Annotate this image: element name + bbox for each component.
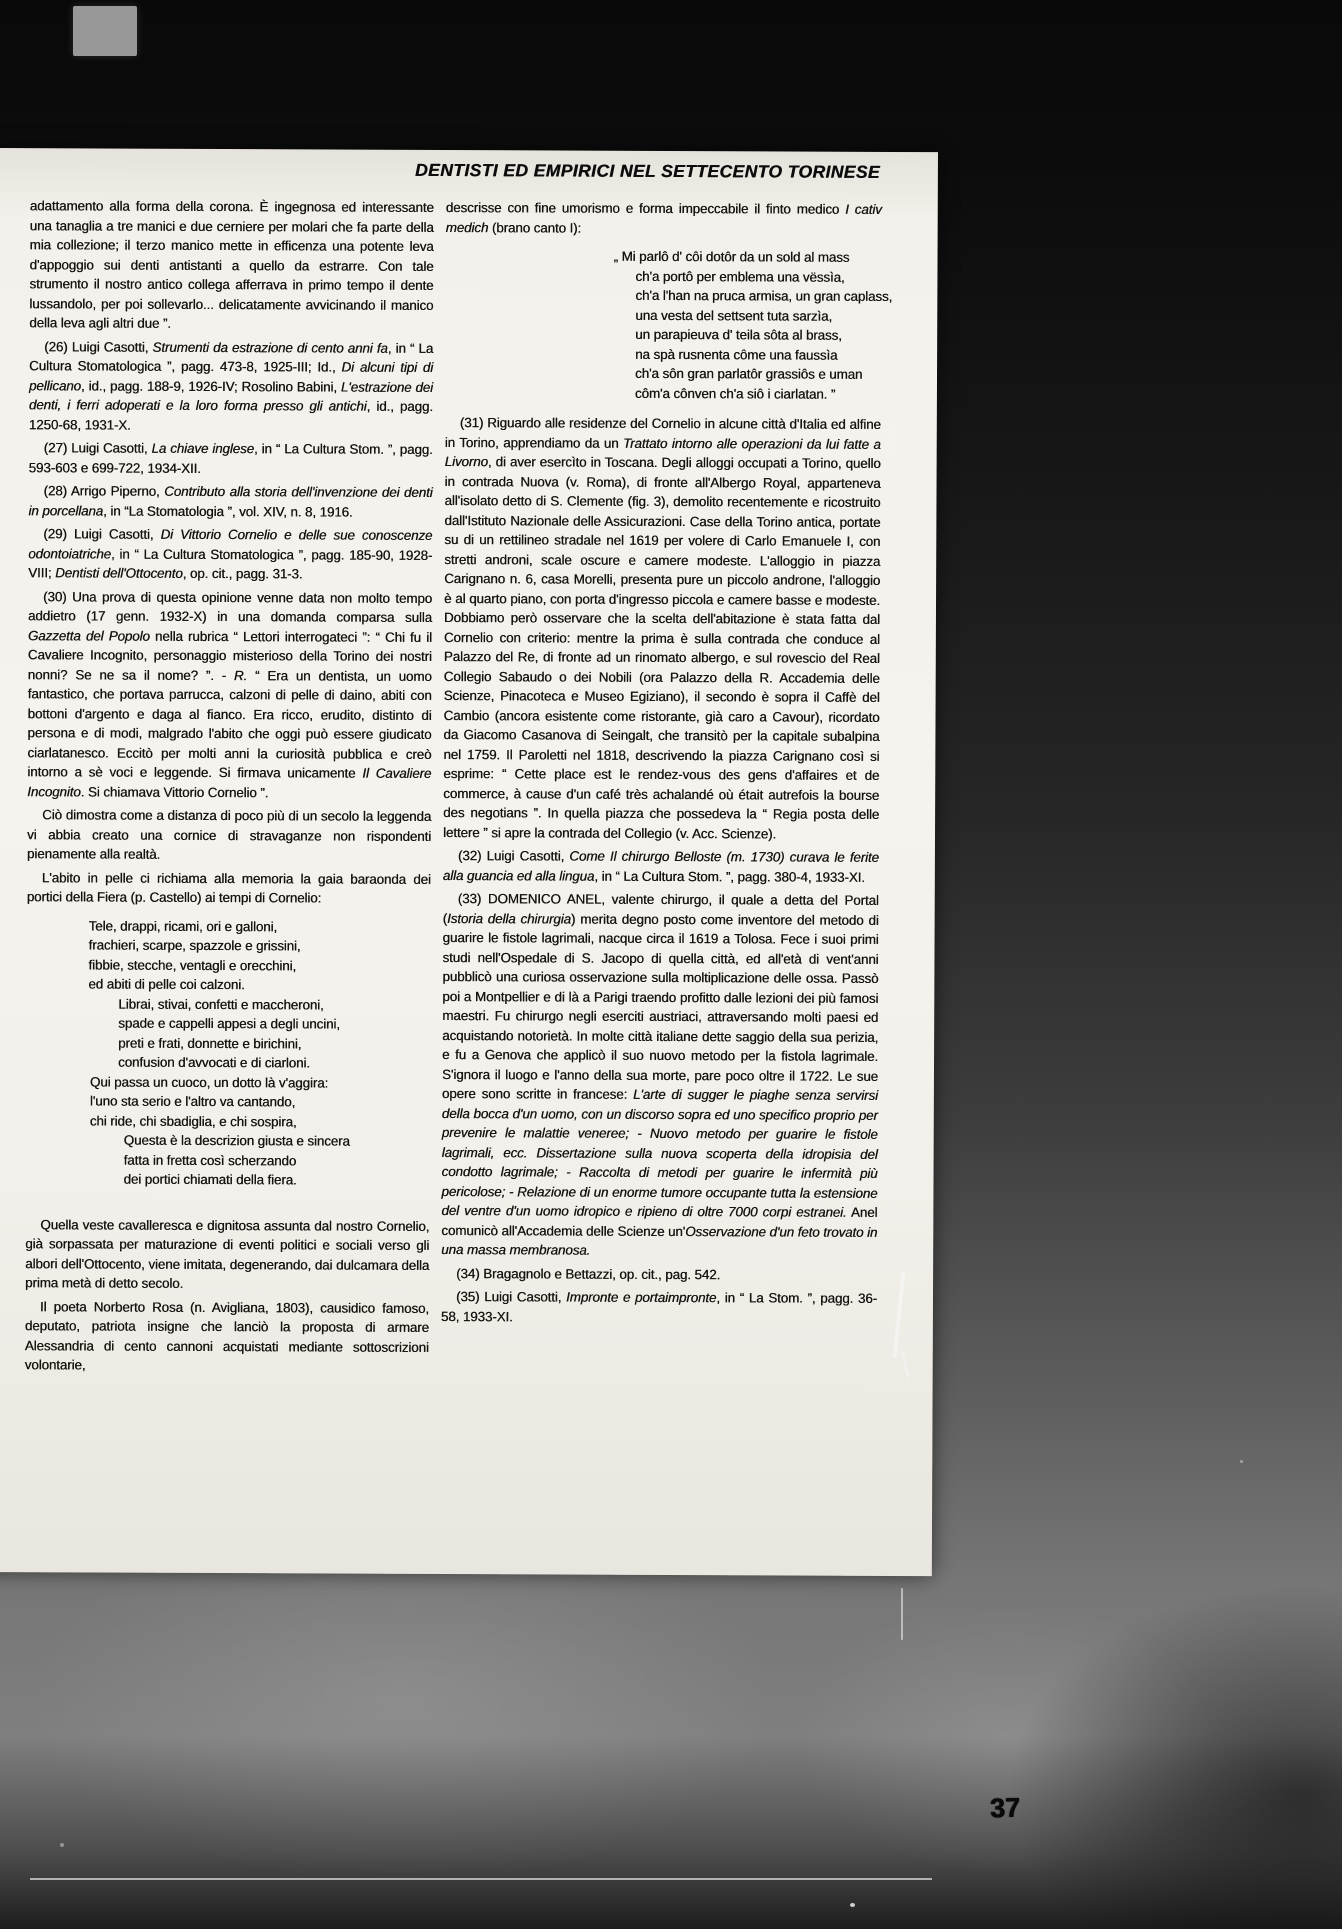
footnote: (27) Luigi Casotti, La chiave inglese, i… (29, 438, 433, 479)
verse-line: un parapieuva d' teila sôta al brass, (613, 325, 881, 346)
verse-line: ed abiti di pelle coi calzoni. (88, 974, 430, 995)
paragraph: Quella veste cavalleresca e dignitosa as… (25, 1215, 429, 1295)
paragraph: Il poeta Norberto Rosa (n. Avigliana, 18… (25, 1297, 429, 1377)
footnote: (35) Luigi Casotti, Impronte e portaimpr… (441, 1287, 877, 1328)
paragraph: Ciò dimostra come a distanza di poco più… (27, 805, 431, 865)
verse-line: Questa è la descrizion giusta e sincera (88, 1130, 430, 1151)
scanned-page-background: DENTISTI ED EMPIRICI NEL SETTECENTO TORI… (0, 0, 1342, 1929)
verse-block: Tele, drappi, ricami, ori e galloni,frac… (87, 916, 430, 1190)
dust-speck (850, 1903, 855, 1907)
verse-line: ch'a l'han na pruca armisa, un gran capl… (613, 286, 881, 307)
scan-edge-line (30, 1878, 932, 1880)
text-column-right: descrisse con fine umorismo e forma impe… (441, 198, 882, 1332)
verse-line: frachieri, scarpe, spazzole e grissini, (88, 935, 430, 956)
dust-speck (1240, 1460, 1243, 1463)
verse-line: ch'a portô per emblema una vëssìa, (613, 266, 881, 287)
paragraph: adattamento alla forma della corona. È i… (29, 196, 434, 334)
verse-line: ch'a sôn gran parlatôr grassiôs e uman (613, 364, 881, 385)
verse-line: chi ride, chi sbadiglia, e chi sospira, (88, 1111, 430, 1132)
verse-line: spade e cappelli appesi a degli uncini, (88, 1013, 430, 1034)
text-column-left: adattamento alla forma della corona. È i… (25, 196, 434, 1380)
footnote: (33) DOMENICO ANEL, valente chirurgo, il… (441, 889, 879, 1261)
verse-block: „ Mi parlô d' côi dotôr da un sold al ma… (613, 247, 882, 404)
scratch-mark (893, 424, 896, 458)
verse-line: Tele, drappi, ricami, ori e galloni, (89, 916, 431, 937)
footnote: (26) Luigi Casotti, Strumenti da estrazi… (29, 337, 433, 436)
verse-line: fatta in fretta così scherzando (88, 1150, 430, 1171)
footnote: (34) Bragagnolo e Bettazzi, op. cit., pa… (441, 1263, 877, 1284)
footnote: (31) Riguardo alle residenze del Corneli… (443, 413, 881, 844)
verse-line: na spà rusnenta côme una faussìa (613, 344, 881, 365)
scan-corner-patch (73, 6, 137, 56)
verse-line: l'uno sta serio e l'altro va cantando, (88, 1091, 430, 1112)
paragraph: descrisse con fine umorismo e forma impe… (446, 198, 882, 239)
verse-line: Qui passa un cuoco, un dotto là v'aggira… (88, 1072, 430, 1093)
page-title: DENTISTI ED EMPIRICI NEL SETTECENTO TORI… (415, 160, 880, 183)
footnote: (32) Luigi Casotti, Come Il chirurgo Bel… (443, 846, 879, 887)
footnote: (30) Una prova di questa opinione venne … (27, 587, 432, 803)
book-page: DENTISTI ED EMPIRICI NEL SETTECENTO TORI… (0, 148, 938, 1576)
scratch-mark (901, 1588, 903, 1640)
verse-line: confusion d'avvocati e di ciarloni. (88, 1052, 430, 1073)
paragraph: L'abito in pelle ci richiama alla memori… (27, 868, 431, 909)
verse-line: côm'a cônven ch'a siô i ciarlatan. ” (613, 383, 881, 404)
verse-line: preti e frati, donnette e birichini, (88, 1033, 430, 1054)
scratch-mark (895, 470, 897, 496)
verse-line: dei portici chiamati della fiera. (87, 1169, 429, 1190)
footnote: (29) Luigi Casotti, Di Vittorio Cornelio… (28, 524, 432, 584)
page-number: 37 (989, 1792, 1020, 1824)
verse-line: una vesta del settsent tuta sarzìa, (613, 305, 881, 326)
verse-line: „ Mi parlô d' côi dotôr da un sold al ma… (613, 247, 881, 268)
footnote: (28) Arrigo Piperno, Contributo alla sto… (28, 481, 432, 522)
verse-line: Librai, stivai, confetti e maccheroni, (88, 994, 430, 1015)
verse-line: fibbie, stecche, ventagli e orecchini, (88, 955, 430, 976)
dust-speck (60, 1843, 64, 1847)
